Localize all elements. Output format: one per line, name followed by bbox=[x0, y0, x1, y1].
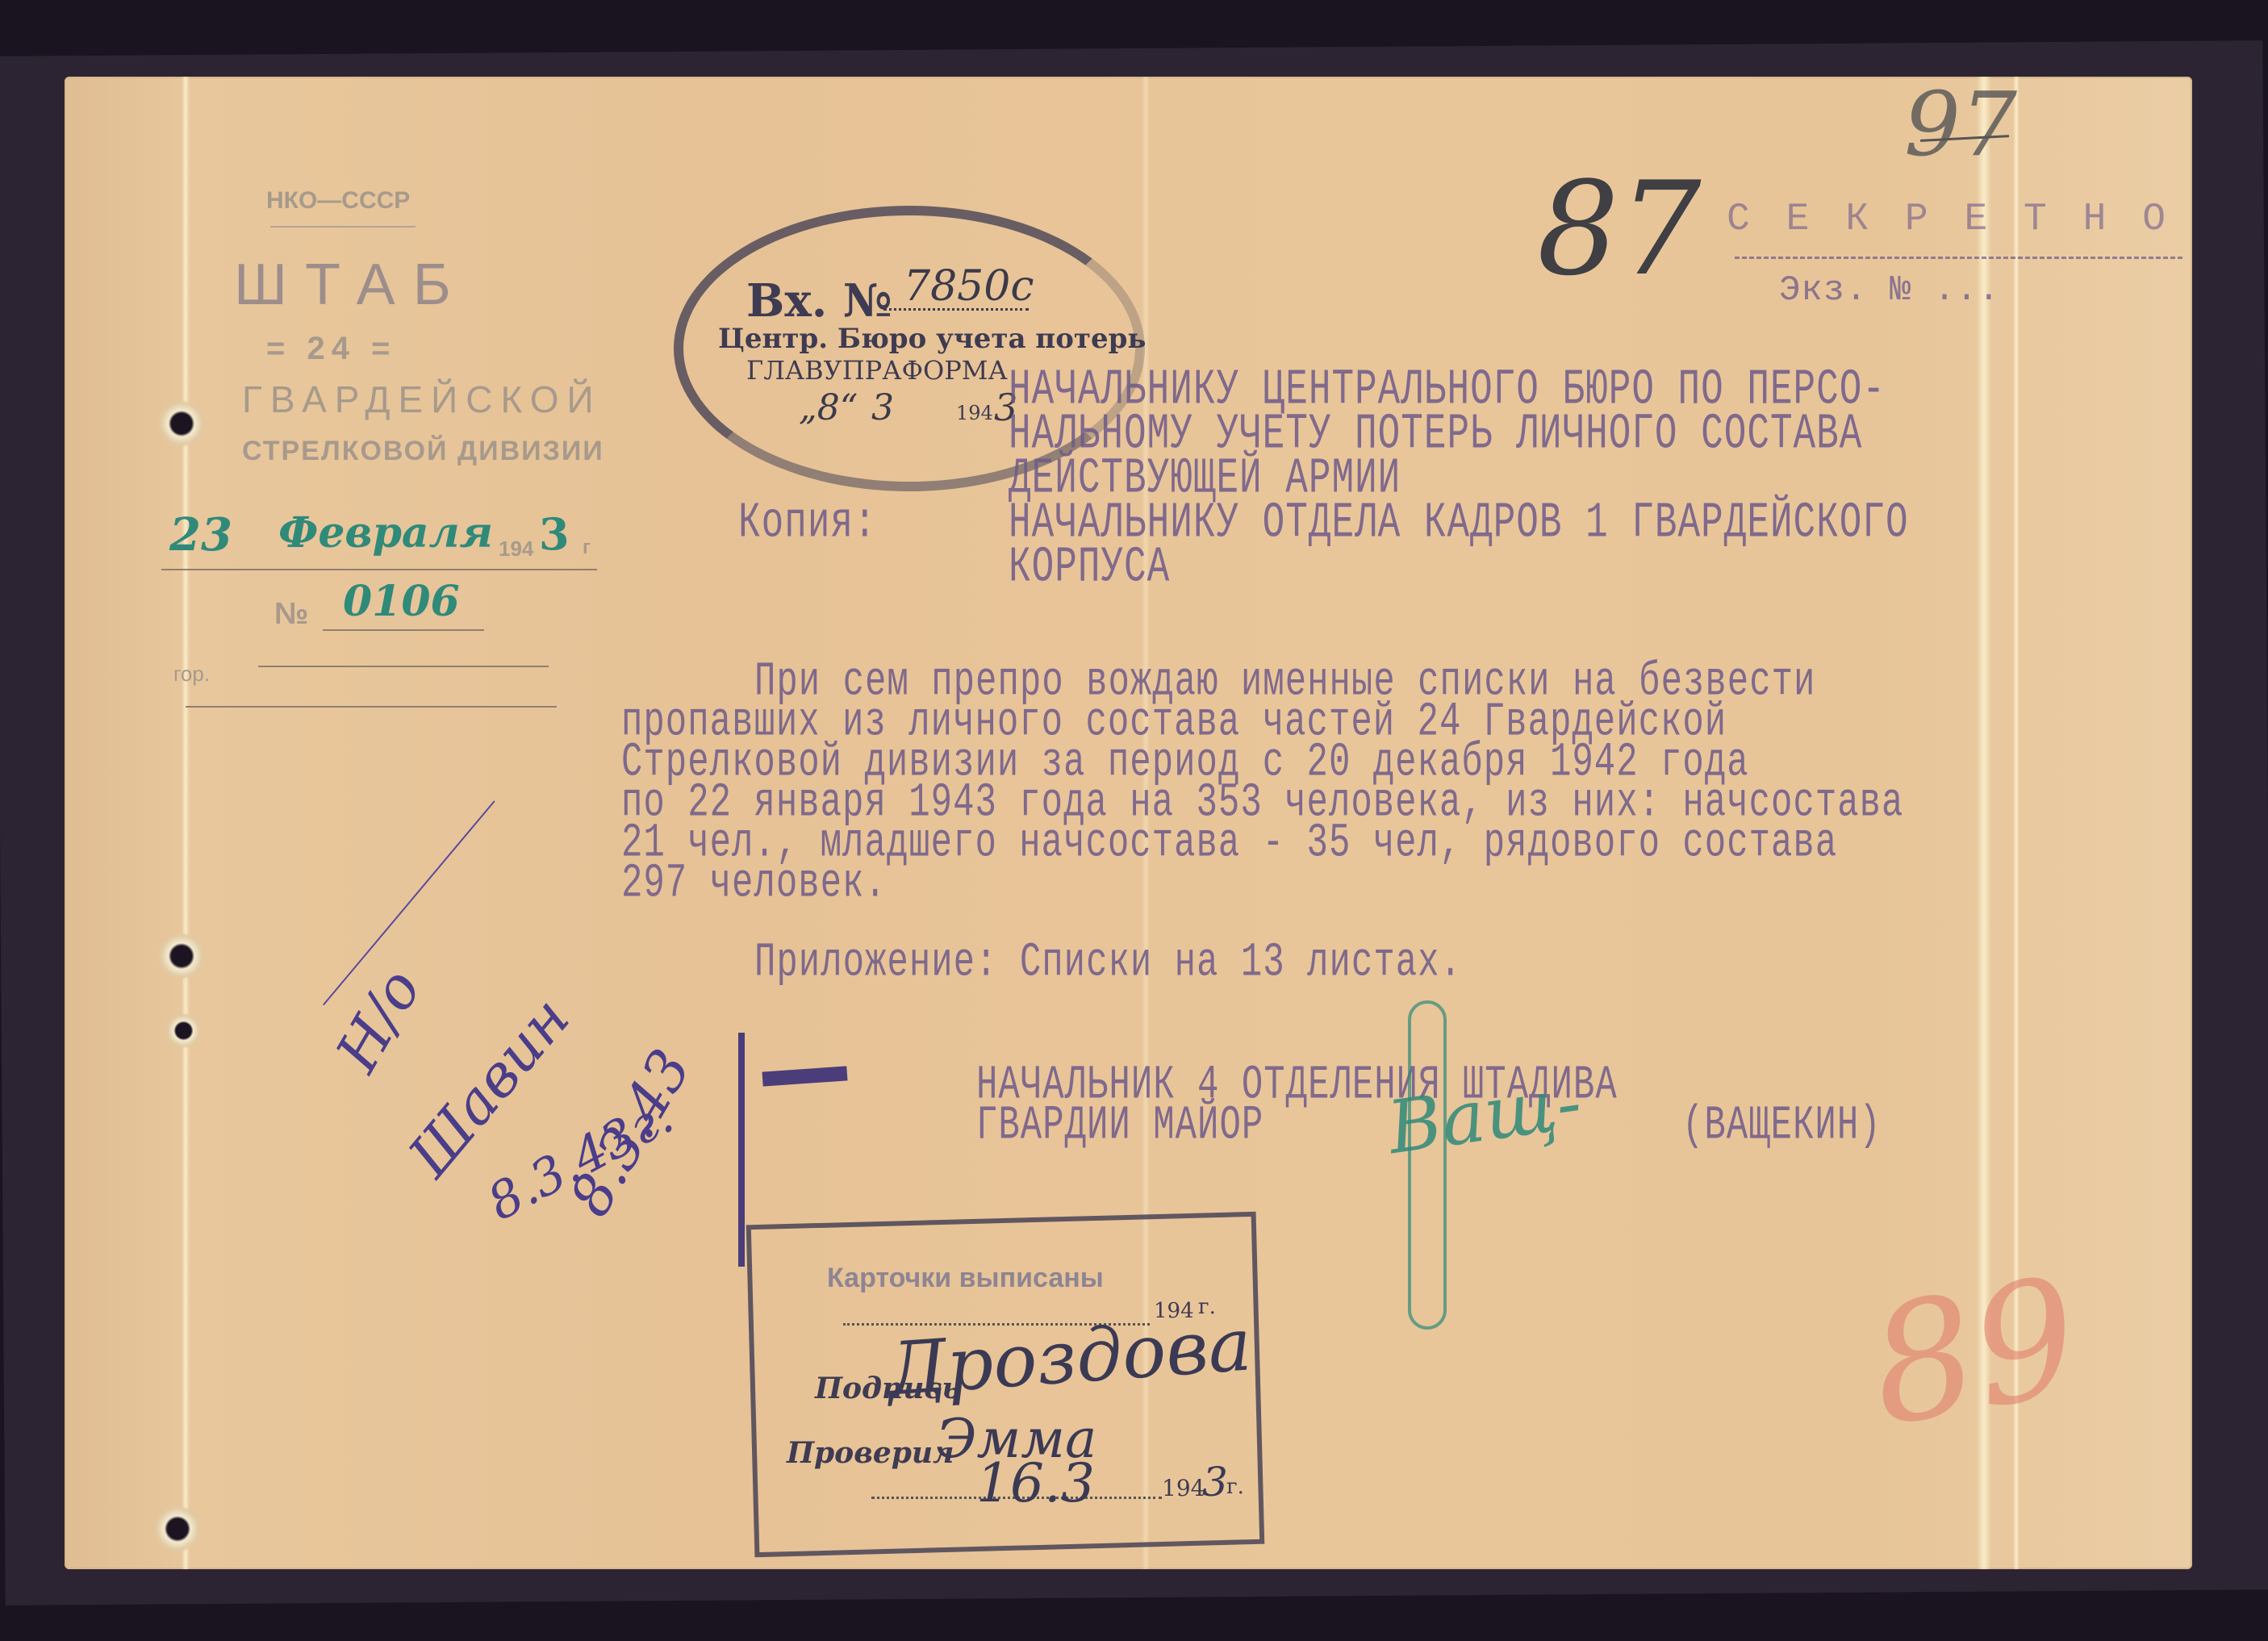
incoming-date-month: 3 bbox=[871, 387, 894, 428]
signer-name: (ВАЩЕКИН) bbox=[1682, 1099, 1882, 1154]
city-underline bbox=[258, 666, 549, 667]
incoming-date-day: „8“ bbox=[799, 387, 858, 428]
number-value: 0106 bbox=[343, 577, 460, 626]
punch-hole bbox=[157, 399, 206, 448]
date-month: Февраля bbox=[278, 508, 493, 557]
crossed-page-number: 97 bbox=[1904, 73, 2017, 176]
letterhead-title: ШТАБ bbox=[234, 252, 469, 318]
classification-label: С Е К Р Е Т Н О bbox=[1727, 198, 2172, 241]
punch-hole bbox=[153, 1505, 202, 1553]
hand-stroke bbox=[738, 1033, 745, 1267]
signer-rank: ГВАРДИИ МАЙОР bbox=[976, 1099, 1263, 1154]
date-day: 23 bbox=[169, 508, 232, 562]
incoming-org-line1: Центр. Бюро учета потерь bbox=[718, 323, 1146, 355]
incoming-org-line2: ГЛАВУПРАФОРМА bbox=[746, 355, 1008, 386]
punch-hole bbox=[157, 932, 206, 980]
letterhead-division-number: = 24 = bbox=[266, 331, 396, 367]
cards-title: Карточки выписаны bbox=[827, 1263, 1104, 1294]
body-line: 297 человек. bbox=[621, 857, 887, 912]
classification-dashed-line bbox=[1735, 257, 2182, 259]
incoming-number: 7850с bbox=[904, 262, 1034, 311]
copy-address-line: КОРПУСА bbox=[1009, 539, 1170, 595]
punch-hole bbox=[165, 1013, 202, 1049]
letterhead-division: СТРЕЛКОВОЙ ДИВИЗИИ bbox=[242, 436, 604, 467]
checked-year: 194 bbox=[1162, 1475, 1205, 1501]
incoming-number-line bbox=[883, 308, 1029, 311]
red-pencil-mark: 89 bbox=[1857, 1242, 2092, 1464]
date-suffix: г bbox=[583, 537, 591, 559]
date-year-printed: 194 bbox=[499, 537, 533, 562]
paper-fold bbox=[182, 77, 190, 1569]
divider bbox=[270, 226, 416, 228]
date-year-hand: 3 bbox=[539, 508, 570, 560]
letterhead-org: НКО—СССР bbox=[266, 187, 410, 215]
copy-label: Копия: bbox=[738, 495, 877, 551]
checked-label: Проверил bbox=[787, 1436, 954, 1470]
signature-loop bbox=[1408, 1000, 1447, 1330]
number-label: № bbox=[274, 597, 308, 632]
copy-number-label: Экз. № ... bbox=[1779, 270, 2000, 311]
date-underline bbox=[161, 569, 597, 570]
number-underline bbox=[323, 629, 484, 631]
incoming-label: Вх. № bbox=[746, 274, 892, 328]
checked-year-hand: 3 bbox=[1202, 1459, 1228, 1505]
letterhead-guards: ГВАРДЕЙСКОЙ bbox=[242, 378, 602, 421]
checked-date: 16.3 bbox=[976, 1452, 1095, 1514]
checked-year-suffix: г. bbox=[1226, 1475, 1244, 1499]
archive-page-number: 87 bbox=[1537, 153, 1702, 304]
incoming-date-year: 194 bbox=[956, 402, 993, 424]
attachment-line: Приложение: Списки на 13 листах. bbox=[754, 936, 1462, 991]
extra-underline bbox=[186, 706, 557, 708]
city-label: гор. bbox=[173, 662, 210, 687]
